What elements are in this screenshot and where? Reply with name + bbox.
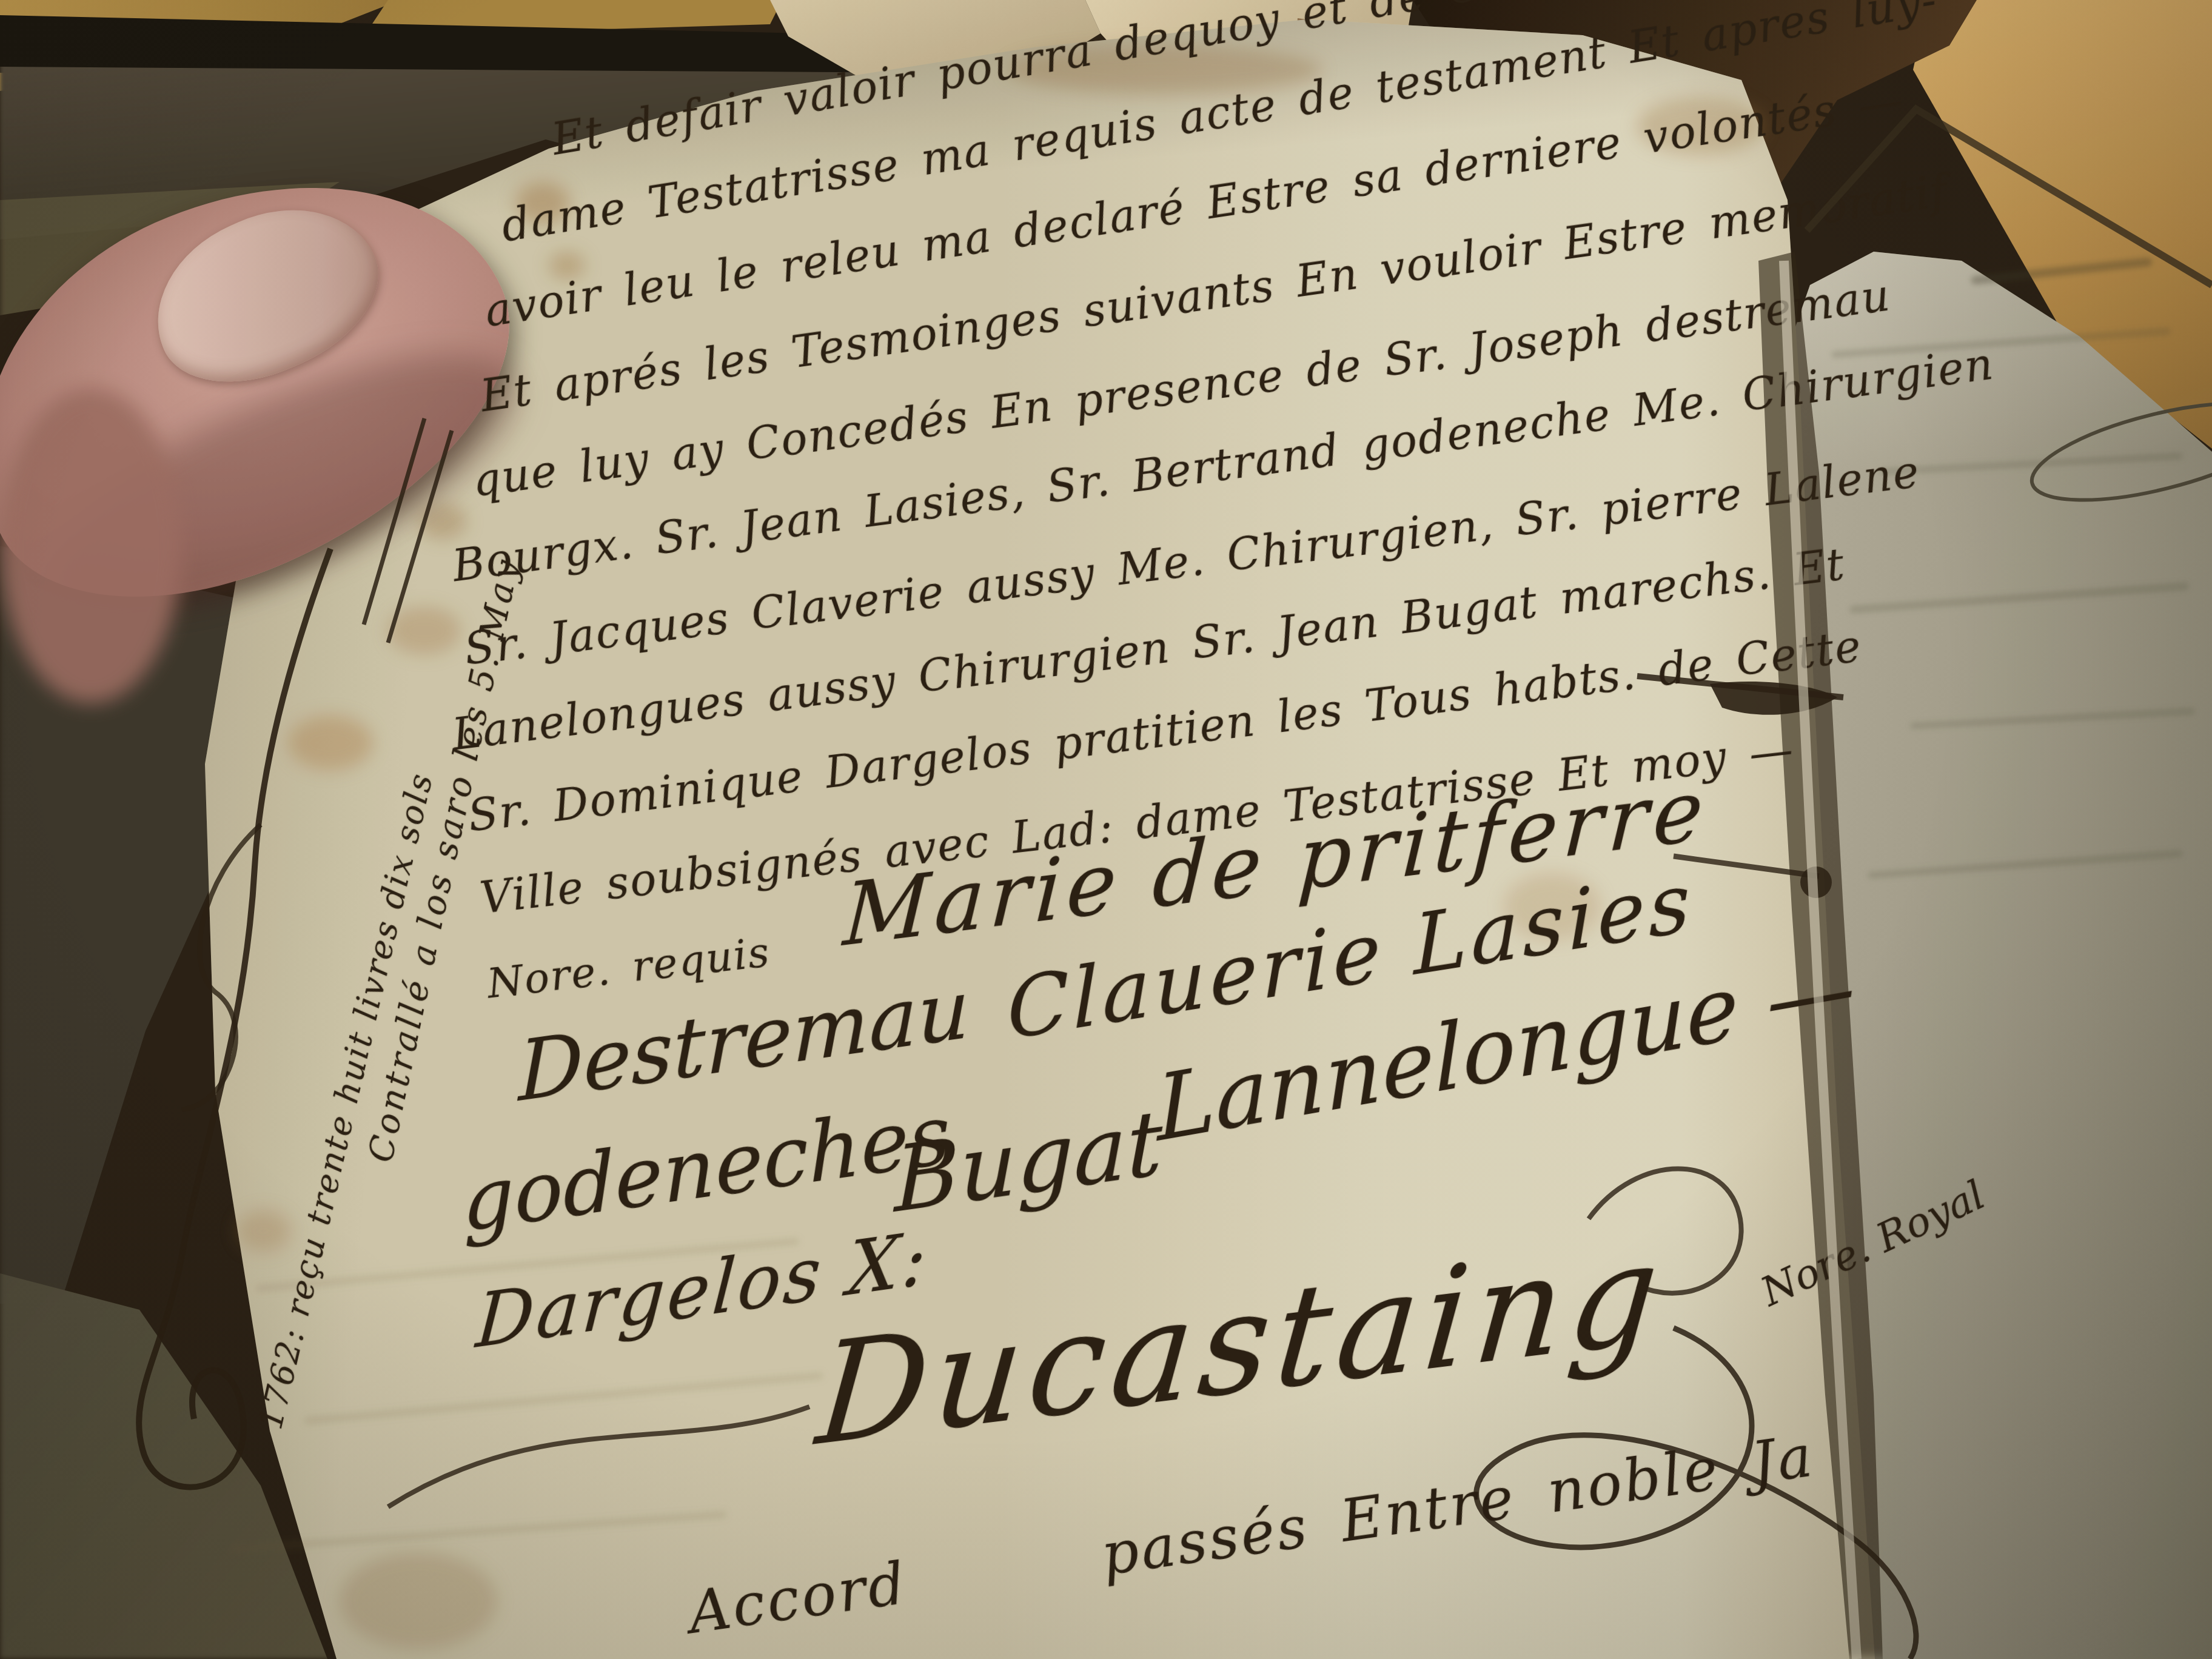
finger-knuckle	[0, 388, 182, 703]
foxing-stain	[340, 1552, 497, 1649]
manuscript-photo: Et defair valoir pourra dequoy et de Ce …	[0, 0, 2212, 1659]
foxing-stain	[236, 1210, 291, 1252]
foxing-stain	[288, 716, 373, 770]
